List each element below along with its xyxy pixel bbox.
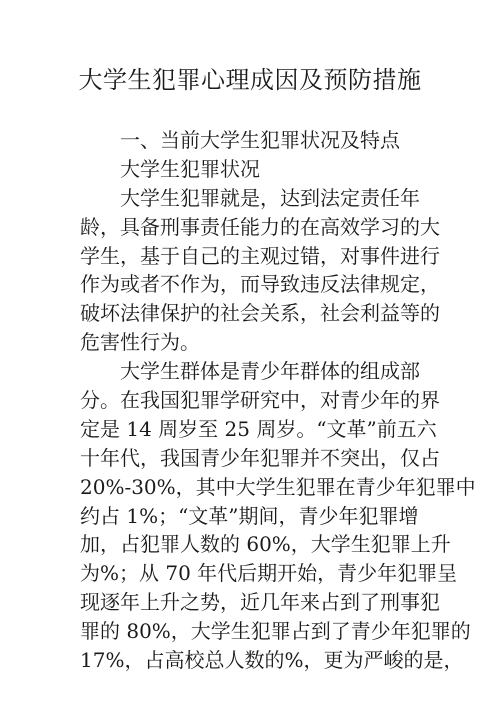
paragraph-line: 约占 1%；“文革”期间，青少年犯罪增 [80,502,425,531]
paragraph-line: 龄，具备刑事责任能力的在高效学习的大 [80,213,425,242]
paragraph-line: 加，占犯罪人数的 60%，大学生犯罪上升 [80,530,425,559]
paragraph-line: 罪的 80%，大学生犯罪占到了青少年犯罪的 [80,617,425,646]
paragraph-line: 大学生群体是青少年群体的组成部 [80,357,425,386]
paragraph-line: 定是 14 周岁至 25 周岁。“文革”前五六 [80,415,425,444]
paragraph-line: 学生，基于自己的主观过错，对事件进行 [80,242,425,271]
paragraph-line: 现逐年上升之势，近几年来占到了刑事犯 [80,588,425,617]
paragraph-line: 破坏法律保护的社会关系，社会利益等的 [80,299,425,328]
paragraph-line: 危害性行为。 [80,328,425,357]
paragraph-line: 分。在我国犯罪学研究中，对青少年的界 [80,386,425,415]
document-body: 一、当前大学生犯罪状况及特点 大学生犯罪状况 大学生犯罪就是，达到法定责任年 龄… [80,126,425,675]
paragraph-line: 十年代，我国青少年犯罪并不突出，仅占 [80,444,425,473]
paragraph-line: 作为或者不作为，而导致违反法律规定， [80,270,425,299]
subsection-heading: 大学生犯罪状况 [80,155,425,184]
paragraph-line: 大学生犯罪就是，达到法定责任年 [80,184,425,213]
paragraph-line: 20%-30%，其中大学生犯罪在青少年犯罪中 [80,473,425,502]
section-heading: 一、当前大学生犯罪状况及特点 [80,126,425,155]
document-title: 大学生犯罪心理成因及预防措施 [0,64,500,96]
paragraph-line: 17%，占高校总人数的%，更为严峻的是， [80,646,425,675]
paragraph-line: 为%；从 70 年代后期开始，青少年犯罪呈 [80,559,425,588]
